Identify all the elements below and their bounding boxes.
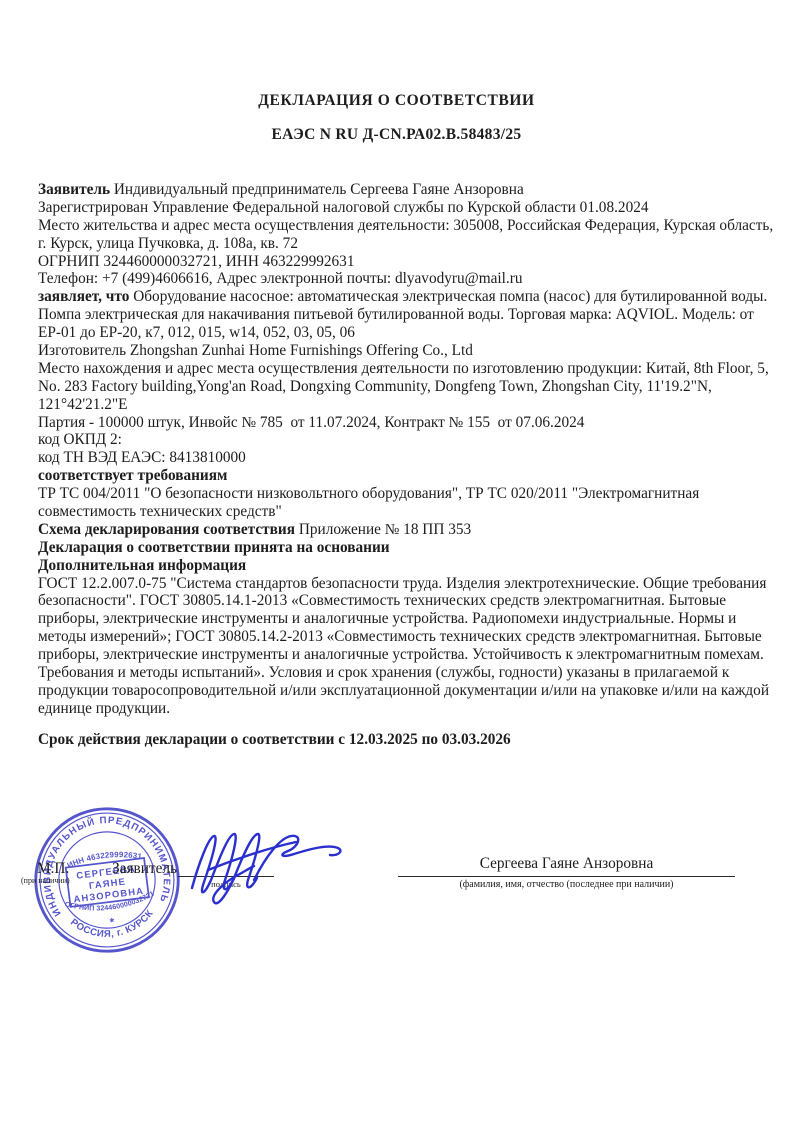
body-text: Заявитель Индивидуальный предприниматель…	[38, 181, 760, 718]
applicant-label: Заявитель	[112, 860, 177, 878]
body-line-text: приборы, электрические инструменты и ана…	[38, 610, 736, 627]
body-line: Схема декларирования соответствия Прилож…	[38, 521, 760, 539]
body-line-text: Зарегистрирован Управление Федеральной н…	[38, 199, 649, 216]
stamp-star: *	[109, 917, 115, 930]
body-line: Изготовитель Zhongshan Zunhai Home Furni…	[38, 342, 760, 360]
body-line: Требования и методы испытаний». Условия …	[38, 664, 760, 682]
body-line-text: код ТН ВЭД ЕАЭС: 8413810000	[38, 449, 246, 466]
body-line-text: приборы, электрические инструменты и ана…	[38, 646, 764, 663]
body-line: ТР ТС 004/2011 "О безопасности низковоль…	[38, 485, 760, 503]
body-line: код ОКПД 2:	[38, 431, 760, 449]
body-line-text: безопасности". ГОСТ 30805.14.1-2013 «Сов…	[38, 592, 726, 609]
body-line: ОГРНИП 324460000032721, ИНН 463229992631	[38, 253, 760, 271]
body-line: Декларация о соответствии принята на осн…	[38, 539, 760, 557]
body-line-text: Индивидуальный предприниматель Сергеева …	[110, 181, 524, 198]
body-line-bold-text: заявляет, что	[38, 288, 129, 305]
body-line-text: ОГРНИП 324460000032721, ИНН 463229992631	[38, 253, 354, 270]
body-line: соответствует требованиям	[38, 467, 760, 485]
body-line: код ТН ВЭД ЕАЭС: 8413810000	[38, 449, 760, 467]
body-line-text: код ОКПД 2:	[38, 431, 122, 448]
document-page: ДЕКЛАРАЦИЯ О СООТВЕТСТВИИ ЕАЭС N RU Д-CN…	[0, 0, 793, 1122]
body-line: Помпа электрическая для накачивания пить…	[38, 306, 760, 324]
body-line-text: Место нахождения и адрес места осуществл…	[38, 360, 769, 377]
body-line: единице продукции.	[38, 700, 760, 718]
body-line: Зарегистрирован Управление Федеральной н…	[38, 199, 760, 217]
body-line: EP-01 до EP-20, к7, 012, 015, w14, 052, …	[38, 324, 760, 342]
body-line: Дополнительная информация	[38, 557, 760, 575]
body-line-text: Место жительства и адрес места осуществл…	[38, 217, 773, 234]
body-line: Заявитель Индивидуальный предприниматель…	[38, 181, 760, 199]
body-line: Телефон: +7 (499)4606616, Адрес электрон…	[38, 270, 760, 288]
body-line: 121°42'21.2"E	[38, 396, 760, 414]
body-line-text: Телефон: +7 (499)4606616, Адрес электрон…	[38, 270, 523, 287]
body-line: заявляет, что Оборудование насосное: авт…	[38, 288, 760, 306]
body-line-text: ТР ТС 004/2011 "О безопасности низковоль…	[38, 485, 699, 502]
body-line-bold-text: Декларация о соответствии принята на осн…	[38, 539, 390, 556]
body-line-text: методы измерений»; ГОСТ 30805.14.2-2013 …	[38, 628, 762, 645]
body-line-text: 121°42'21.2"E	[38, 396, 127, 413]
body-line-bold-text: Заявитель	[38, 181, 110, 198]
fullname-line	[398, 876, 735, 877]
body-line: методы измерений»; ГОСТ 30805.14.2-2013 …	[38, 628, 760, 646]
body-line-text: Помпа электрическая для накачивания пить…	[38, 306, 754, 323]
body-line: Партия - 100000 штук, Инвойс № 785 от 11…	[38, 414, 760, 432]
body-line-bold-text: соответствует требованиям	[38, 467, 227, 484]
body-line-text: совместимость технических средств"	[38, 503, 282, 520]
body-line: Место нахождения и адрес места осуществл…	[38, 360, 760, 378]
body-line: ГОСТ 12.2.007.0-75 "Система стандартов б…	[38, 575, 760, 593]
applicant-fullname: Сергеева Гаяне Анзоровна	[398, 855, 735, 873]
body-line: No. 283 Factory building,Yong'an Road, D…	[38, 378, 760, 396]
stamp-place-note: (при наличии)	[21, 876, 70, 885]
body-line: продукции товаросопроводительной и/или э…	[38, 682, 760, 700]
handwritten-signature	[178, 822, 350, 917]
body-line-text: единице продукции.	[38, 700, 170, 717]
signature-stroke-flourish	[254, 836, 340, 880]
declaration-number: ЕАЭС N RU Д-CN.РА02.В.58483/25	[0, 126, 793, 144]
body-line-bold-text: Дополнительная информация	[38, 557, 246, 574]
body-line: г. Курск, улица Пучковка, д. 108а, кв. 7…	[38, 235, 760, 253]
body-line-bold-text: Схема декларирования соответствия	[38, 521, 295, 538]
body-line-text: ГОСТ 12.2.007.0-75 "Система стандартов б…	[38, 575, 766, 592]
fullname-caption: (фамилия, имя, отчество (последнее при н…	[398, 879, 735, 890]
body-line-text: г. Курск, улица Пучковка, д. 108а, кв. 7…	[38, 235, 298, 252]
body-line-text: Партия - 100000 штук, Инвойс № 785 от 11…	[38, 414, 584, 431]
body-line: приборы, электрические инструменты и ана…	[38, 610, 760, 628]
body-line-text: EP-01 до EP-20, к7, 012, 015, w14, 052, …	[38, 324, 355, 341]
document-title: ДЕКЛАРАЦИЯ О СООТВЕТСТВИИ	[0, 92, 793, 110]
body-line-text: Изготовитель Zhongshan Zunhai Home Furni…	[38, 342, 473, 359]
body-line-text: продукции товаросопроводительной и/или э…	[38, 682, 769, 699]
body-line: приборы, электрические инструменты и ана…	[38, 646, 760, 664]
body-line-text: Требования и методы испытаний». Условия …	[38, 664, 729, 681]
body-line-text: No. 283 Factory building,Yong'an Road, D…	[38, 378, 712, 395]
body-line: безопасности". ГОСТ 30805.14.1-2013 «Сов…	[38, 592, 760, 610]
body-line-text: Оборудование насосное: автоматическая эл…	[129, 288, 767, 305]
body-line: Место жительства и адрес места осуществл…	[38, 217, 760, 235]
body-line-text: Приложение № 18 ПП 353	[295, 521, 471, 538]
validity-line: Срок действия декларации о соответствии …	[38, 731, 511, 749]
body-line: совместимость технических средств"	[38, 503, 760, 521]
